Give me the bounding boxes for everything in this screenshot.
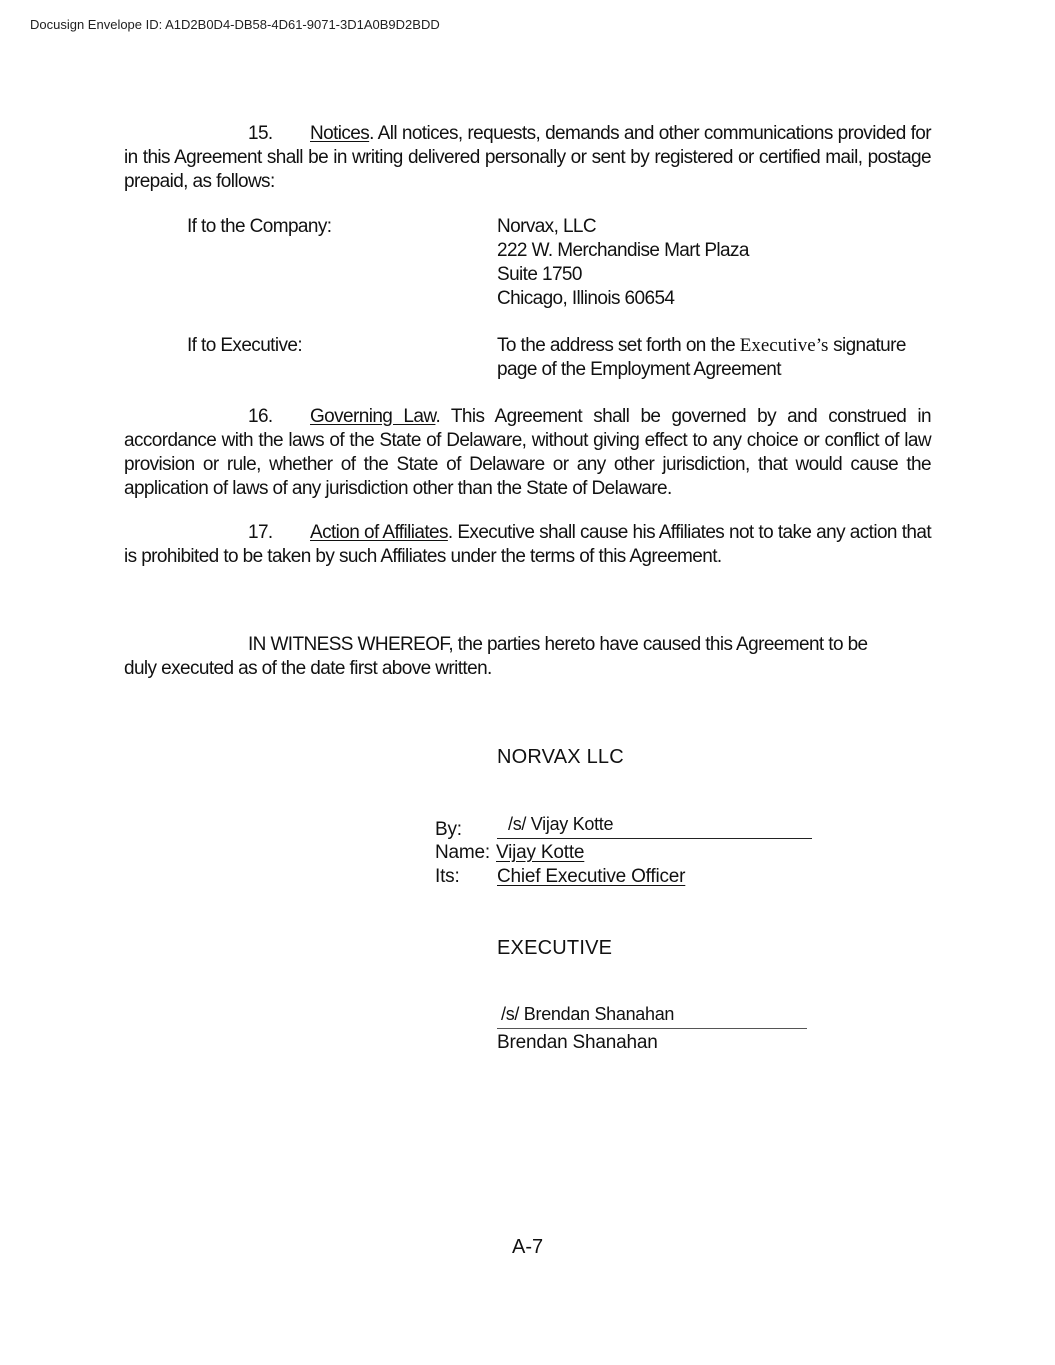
section-15-notices: 15.Notices. All notices, requests, deman…	[124, 122, 931, 194]
section-number: 16.	[248, 405, 310, 429]
section-text: . Executive shall cause his Affiliates n…	[124, 522, 931, 567]
executive-signature: /s/ Brendan Shanahan	[501, 1004, 674, 1025]
executive-name: Brendan Shanahan	[497, 1032, 658, 1054]
section-16-governing-law: 16.Governing Law. This Agreement shall b…	[124, 405, 931, 501]
by-label: By:	[435, 819, 462, 841]
docusign-envelope-id: Docusign Envelope ID: A1D2B0D4-DB58-4D61…	[30, 17, 440, 32]
section-text: . All notices, requests, demands and oth…	[124, 123, 931, 192]
company-signatory-title: NORVAX LLC	[497, 746, 624, 769]
name-label: Name:	[435, 842, 490, 864]
company-signature-line	[497, 838, 812, 839]
executive-signatory-title: EXECUTIVE	[497, 937, 612, 960]
section-17-action-of-affiliates: 17.Action of Affiliates. Executive shall…	[124, 521, 931, 569]
witness-text: IN WITNESS WHEREOF, the parties hereto h…	[248, 634, 868, 655]
its-label: Its:	[435, 866, 460, 888]
executive-signature-line	[497, 1028, 807, 1029]
section-number: 17.	[248, 521, 310, 545]
executive-address-text: page of the Employment Agreement	[497, 358, 906, 382]
executive-address-text: To the address set forth on the	[497, 335, 740, 356]
executive-address: To the address set forth on the Executiv…	[497, 334, 906, 382]
company-address: Norvax, LLC 222 W. Merchandise Mart Plaz…	[497, 215, 749, 311]
section-heading: Action of Affiliates	[310, 522, 448, 543]
witness-clause: IN WITNESS WHEREOF, the parties hereto h…	[124, 633, 931, 681]
executive-notice-label: If to Executive:	[187, 334, 302, 358]
signatory-name: Vijay Kotte	[496, 842, 584, 864]
company-address-line: Suite 1750	[497, 263, 749, 287]
company-notice-label: If to the Company:	[187, 215, 331, 239]
section-heading: Notices	[310, 123, 369, 144]
executive-address-text: signature	[828, 335, 905, 356]
page-number: A-7	[512, 1236, 543, 1259]
section-number: 15.	[248, 122, 310, 146]
executive-address-text: Executive’s	[740, 335, 829, 356]
section-heading: Governing Law	[310, 406, 435, 427]
signatory-title: Chief Executive Officer	[497, 866, 685, 888]
company-signature: /s/ Vijay Kotte	[508, 814, 613, 835]
company-address-line: Norvax, LLC	[497, 215, 749, 239]
company-address-line: Chicago, Illinois 60654	[497, 287, 749, 311]
section-text: . This Agreement shall be governed by an…	[124, 406, 931, 499]
witness-text: duly executed as of the date first above…	[124, 657, 931, 681]
company-address-line: 222 W. Merchandise Mart Plaza	[497, 239, 749, 263]
